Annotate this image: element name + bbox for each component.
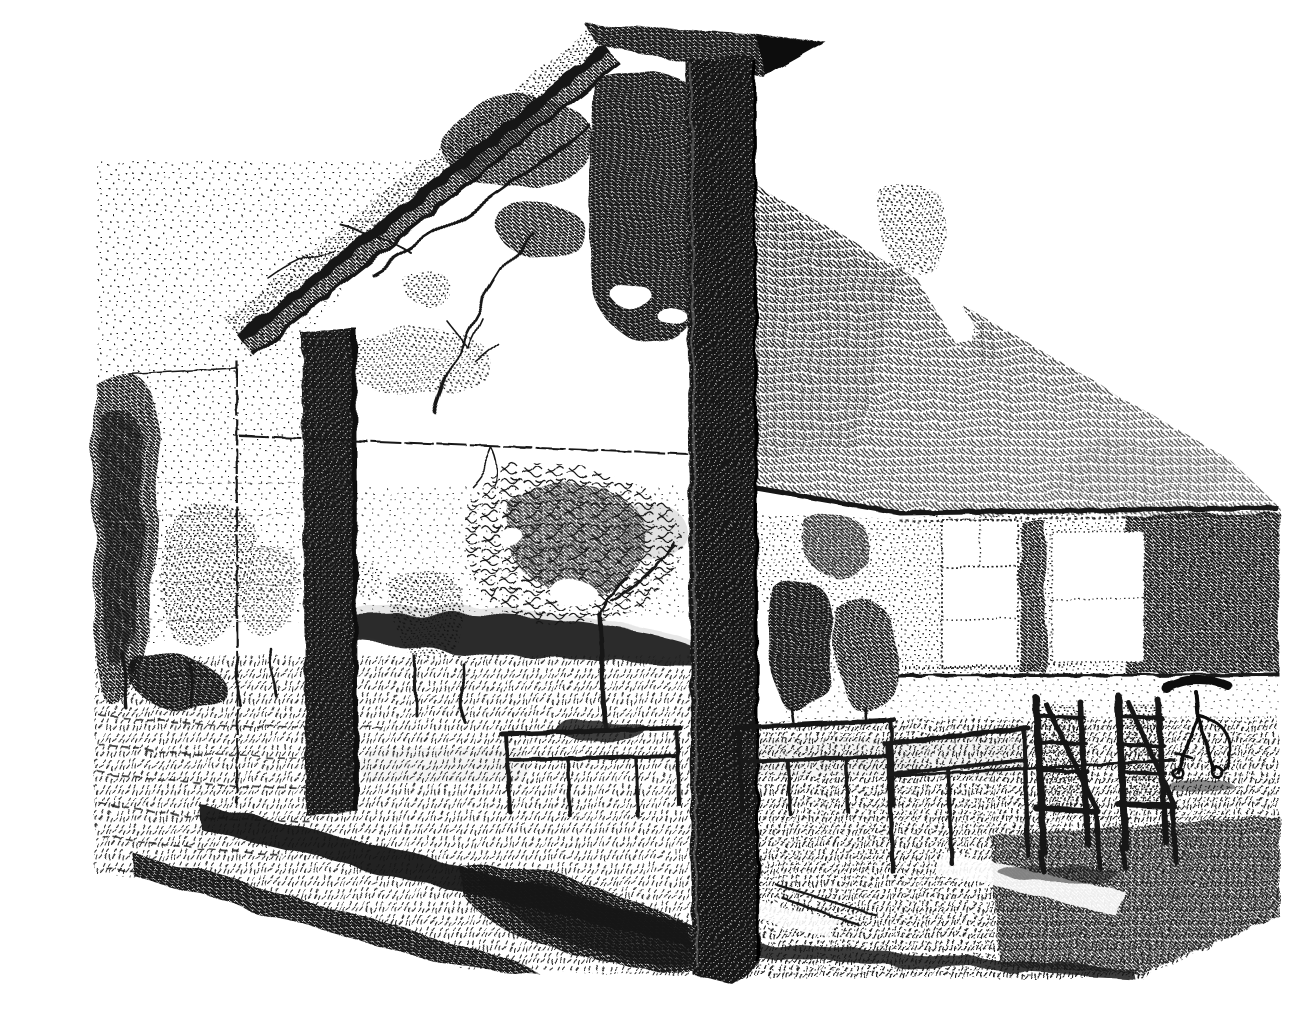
barn-window-door (942, 520, 1018, 668)
drawing-canvas (40, 16, 1300, 994)
barn-window (1052, 532, 1144, 662)
timber-frame-left-post (302, 328, 358, 816)
wall-creeper (1020, 521, 1046, 673)
stipple-drawing: Pen-and-ink stipple drawing: timber fram… (40, 16, 1300, 994)
chair-shadow (1000, 866, 1120, 882)
timber-frame-center-post (686, 56, 760, 984)
